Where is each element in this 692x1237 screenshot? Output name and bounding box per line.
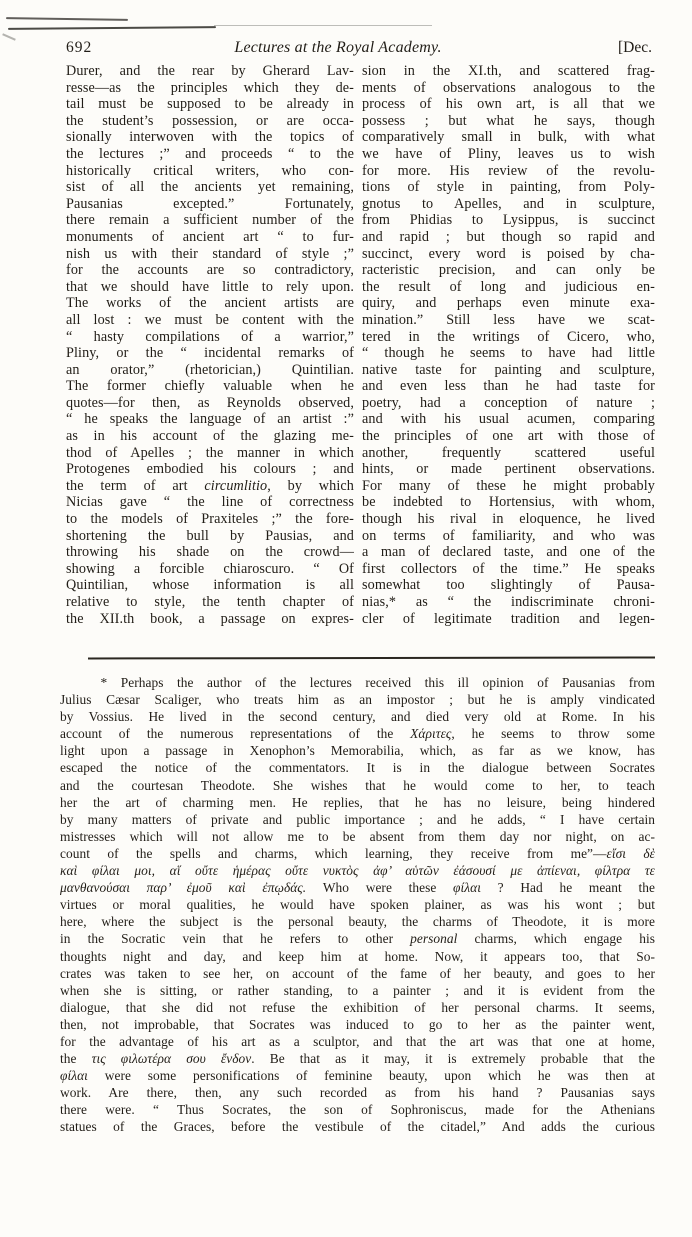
text-line: possess ; but what he says, though [362,113,655,130]
text-line: gnotus to Apelles, and in sculpture, [362,196,655,213]
text-line: Durer, and the rear by Gherard Lav- [66,63,354,80]
text-line: καὶ φίλαι μοι, αἵ οὔτε ἡμέρας οὔτε νυκτὸ… [60,862,655,879]
text-line: historically critical writers, who con- [66,163,354,180]
text-line: and with his usual acumen, comparing [362,411,655,428]
text-line: by Vossius. He lived in the second centu… [60,708,655,725]
text-line: there were. “ Thus Socrates, the son of … [60,1101,655,1118]
text-line: the lectures ;” and proceeds “ to the [66,146,354,163]
text-line: throwing his shade on the crowd— [66,544,354,561]
text-line: sionally interwoven with the topics of [66,129,354,146]
text-line: μανθανούσαι παρ’ ἐμοῦ καὶ ἐπῳδάς. Who we… [60,879,655,896]
text-line: work. Are there, then, any such recorded… [60,1084,655,1101]
text-line: we have of Pliny, leaves us to wish [362,146,655,163]
scan-artifact-line [8,26,216,30]
text-line: * Perhaps the author of the lectures rec… [60,674,655,691]
text-line: an orator,” (rhetorician,) Quintilian. [66,362,354,379]
text-line: somewhat too slightingly of Pausa- [362,577,655,594]
scan-artifact-line [214,25,432,26]
text-line: from Phidias to Lysippus, is succinct [362,212,655,229]
text-line: native taste for painting and sculpture, [362,362,655,379]
text-line: her the art of charming men. He replies,… [60,794,655,811]
text-line: the term of art circumlitio, by which [66,478,354,495]
text-line: process of his own art, is all that we [362,96,655,113]
text-line: then, not improbable, that Socrates was … [60,1016,655,1033]
text-line: tions of style in painting, from Poly- [362,179,655,196]
text-line: the τις φιλωτέρα σου ἔνδον. Be that as i… [60,1050,655,1067]
text-line: to the models of Praxiteles ;” the fore- [66,511,354,528]
text-line: Julius Cæsar Scaliger, who treats him as… [60,691,655,708]
text-line: poetry, had a conception of nature ; [362,395,655,412]
text-line: Quintilian, whose information is all [66,577,354,594]
text-line: statues of the Graces, before the vestib… [60,1118,655,1135]
text-line: first collectors of the time.” He speaks [362,561,655,578]
text-line: Protogenes embodied his colours ; and [66,461,354,478]
text-line: and the courtesan Theodote. She wishes t… [60,777,655,794]
text-line: the XII.th book, a passage on expres- [66,611,354,628]
text-line: Pausanias excepted.” Fortunately, [66,196,354,213]
text-line: Nicias gave “ the line of correctness [66,494,354,511]
text-line: in the Socratic vein that he refers to o… [60,930,655,947]
page-header: 692 Lectures at the Royal Academy. [Dec. [66,39,652,59]
text-line: φίλαι were some personifications of femi… [60,1067,655,1084]
text-line: account of the numerous representations … [60,725,655,742]
text-line: Pliny, or the “ incidental remarks of [66,345,354,362]
text-line: crates was taken to see her, on account … [60,965,655,982]
text-line: racteristic precision, and can only be [362,262,655,279]
right-column: sion in the XI.th, and scattered frag-me… [362,63,655,627]
text-line: light upon a passage in Xenophon’s Memor… [60,742,655,759]
text-line: as in his account of the glazing me- [66,428,354,445]
text-line: sist of all the ancients yet remaining, [66,179,354,196]
text-line: tail must be supposed to be already in [66,96,354,113]
text-line: resse—as the principles which they de- [66,80,354,97]
text-line: The works of the ancient artists are [66,295,354,312]
text-line: “ he speaks the language of an artist :” [66,411,354,428]
text-line: hints, or made pertinent observations. [362,461,655,478]
text-line: be indebted to Hortensius, with whom, [362,494,655,511]
footnote: * Perhaps the author of the lectures rec… [60,674,655,1136]
scanned-page: 692 Lectures at the Royal Academy. [Dec.… [0,0,692,1237]
text-line: here, where the subject is the personal … [60,913,655,930]
text-line: a man of declared taste, and one of the [362,544,655,561]
text-line: thoughts night and day, and keep him at … [60,948,655,965]
text-line: there remain a sufficient number of the [66,212,354,229]
text-line: by many matters of private and public im… [60,811,655,828]
text-line: another, frequently scattered useful [362,445,655,462]
text-line: virtues or moral qualities, he would hav… [60,896,655,913]
text-line: dialogue, that she did not refuse the ex… [60,999,655,1016]
text-line: relative to style, the tenth chapter of [66,594,354,611]
text-line: “ though he seems to have had little [362,345,655,362]
text-line: nish us with their standard of style ;” [66,246,354,263]
text-line: count of the spells and charms, which le… [60,845,655,862]
text-line: the principles of one art with those of [362,428,655,445]
text-line: for more. His review of the revolu- [362,163,655,180]
text-line: thod of Apelles ; the manner in which [66,445,354,462]
text-line: mination.” Still less have we scat- [362,312,655,329]
date-label: [Dec. [618,39,652,57]
text-line: when she is sitting, or rather standing,… [60,982,655,999]
scan-artifact-mark [2,33,16,41]
footnote-separator [88,657,655,660]
running-title: Lectures at the Royal Academy. [66,39,610,57]
text-line: “ hasty compilations of a warrior,” [66,329,354,346]
text-line: that we should have little to rely upon. [66,279,354,296]
left-column: Durer, and the rear by Gherard Lav-resse… [66,63,354,627]
text-line: quiry, and perhaps even minute exa- [362,295,655,312]
text-line: The former chiefly valuable when he [66,378,354,395]
text-line: the result of long and judicious en- [362,279,655,296]
text-line: and rapid ; but though so rapid and [362,229,655,246]
text-line: mistresses which will not allow me to be… [60,828,655,845]
text-line: succinct, every word is poised by cha- [362,246,655,263]
text-line: tered in the writings of Cicero, who, [362,329,655,346]
text-line: For many of these he might probably [362,478,655,495]
text-line: shortening the bull by Pausias, and [66,528,354,545]
text-line: cler of legitimate tradition and legen- [362,611,655,628]
text-line: all lost : we must be content with the [66,312,354,329]
text-line: escaped the notice of the commentators. … [60,759,655,776]
text-line: quotes—for then, as Reynolds observed, [66,395,354,412]
text-line: sion in the XI.th, and scattered frag- [362,63,655,80]
text-line: ments of observations analogous to the [362,80,655,97]
text-line: nias,* as “ the indiscriminate chroni- [362,594,655,611]
text-line: showing a forcible chiaroscuro. “ Of [66,561,354,578]
text-line: and even less than he had taste for [362,378,655,395]
scan-artifact-line [6,17,128,21]
text-line: though his rival in eloquence, he lived [362,511,655,528]
text-line: the student’s possession, or are occa- [66,113,354,130]
text-line: comparatively small in bulk, with what [362,129,655,146]
text-line: for the accounts are so contradictory, [66,262,354,279]
text-line: monuments of ancient art “ to fur- [66,229,354,246]
text-line: on terms of familiarity, and who was [362,528,655,545]
text-line: for the advantage of his art as a sculpt… [60,1033,655,1050]
